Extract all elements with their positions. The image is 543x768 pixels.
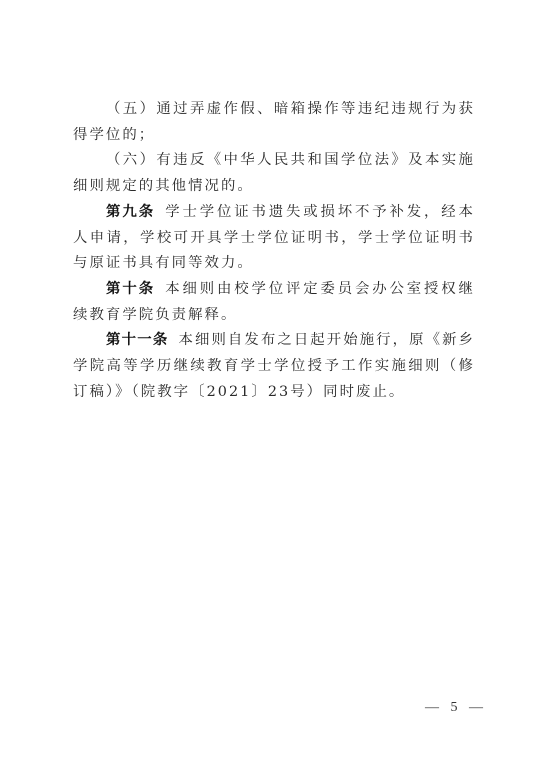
paragraph-item-5: （五）通过弄虚作假、暗箱操作等违纪违规行为获得学位的； — [73, 97, 475, 148]
article-heading: 第九条 — [106, 204, 155, 220]
article-9: 第九条学士学位证书遗失或损坏不予补发，经本人申请，学校可开具学士学位证明书，学士… — [73, 200, 475, 277]
article-heading: 第十条 — [106, 281, 155, 297]
article-11: 第十一条本细则自发布之日起开始施行，原《新乡学院高等学历继续教育学士学位授予工作… — [73, 328, 475, 405]
paragraph-text: （六）有违反《中华人民共和国学位法》及本实施细则规定的其他情况的。 — [73, 152, 475, 194]
article-10: 第十条本细则由校学位评定委员会办公室授权继续教育学院负责解释。 — [73, 277, 475, 328]
document-page: （五）通过弄虚作假、暗箱操作等违纪违规行为获得学位的； （六）有违反《中华人民共… — [0, 0, 543, 768]
page-number: — 5 — — [425, 700, 487, 716]
paragraph-text: （五）通过弄虚作假、暗箱操作等违纪违规行为获得学位的； — [73, 101, 475, 143]
paragraph-item-6: （六）有违反《中华人民共和国学位法》及本实施细则规定的其他情况的。 — [73, 148, 475, 199]
document-body: （五）通过弄虚作假、暗箱操作等违纪违规行为获得学位的； （六）有违反《中华人民共… — [73, 97, 475, 405]
article-heading: 第十一条 — [106, 332, 169, 348]
